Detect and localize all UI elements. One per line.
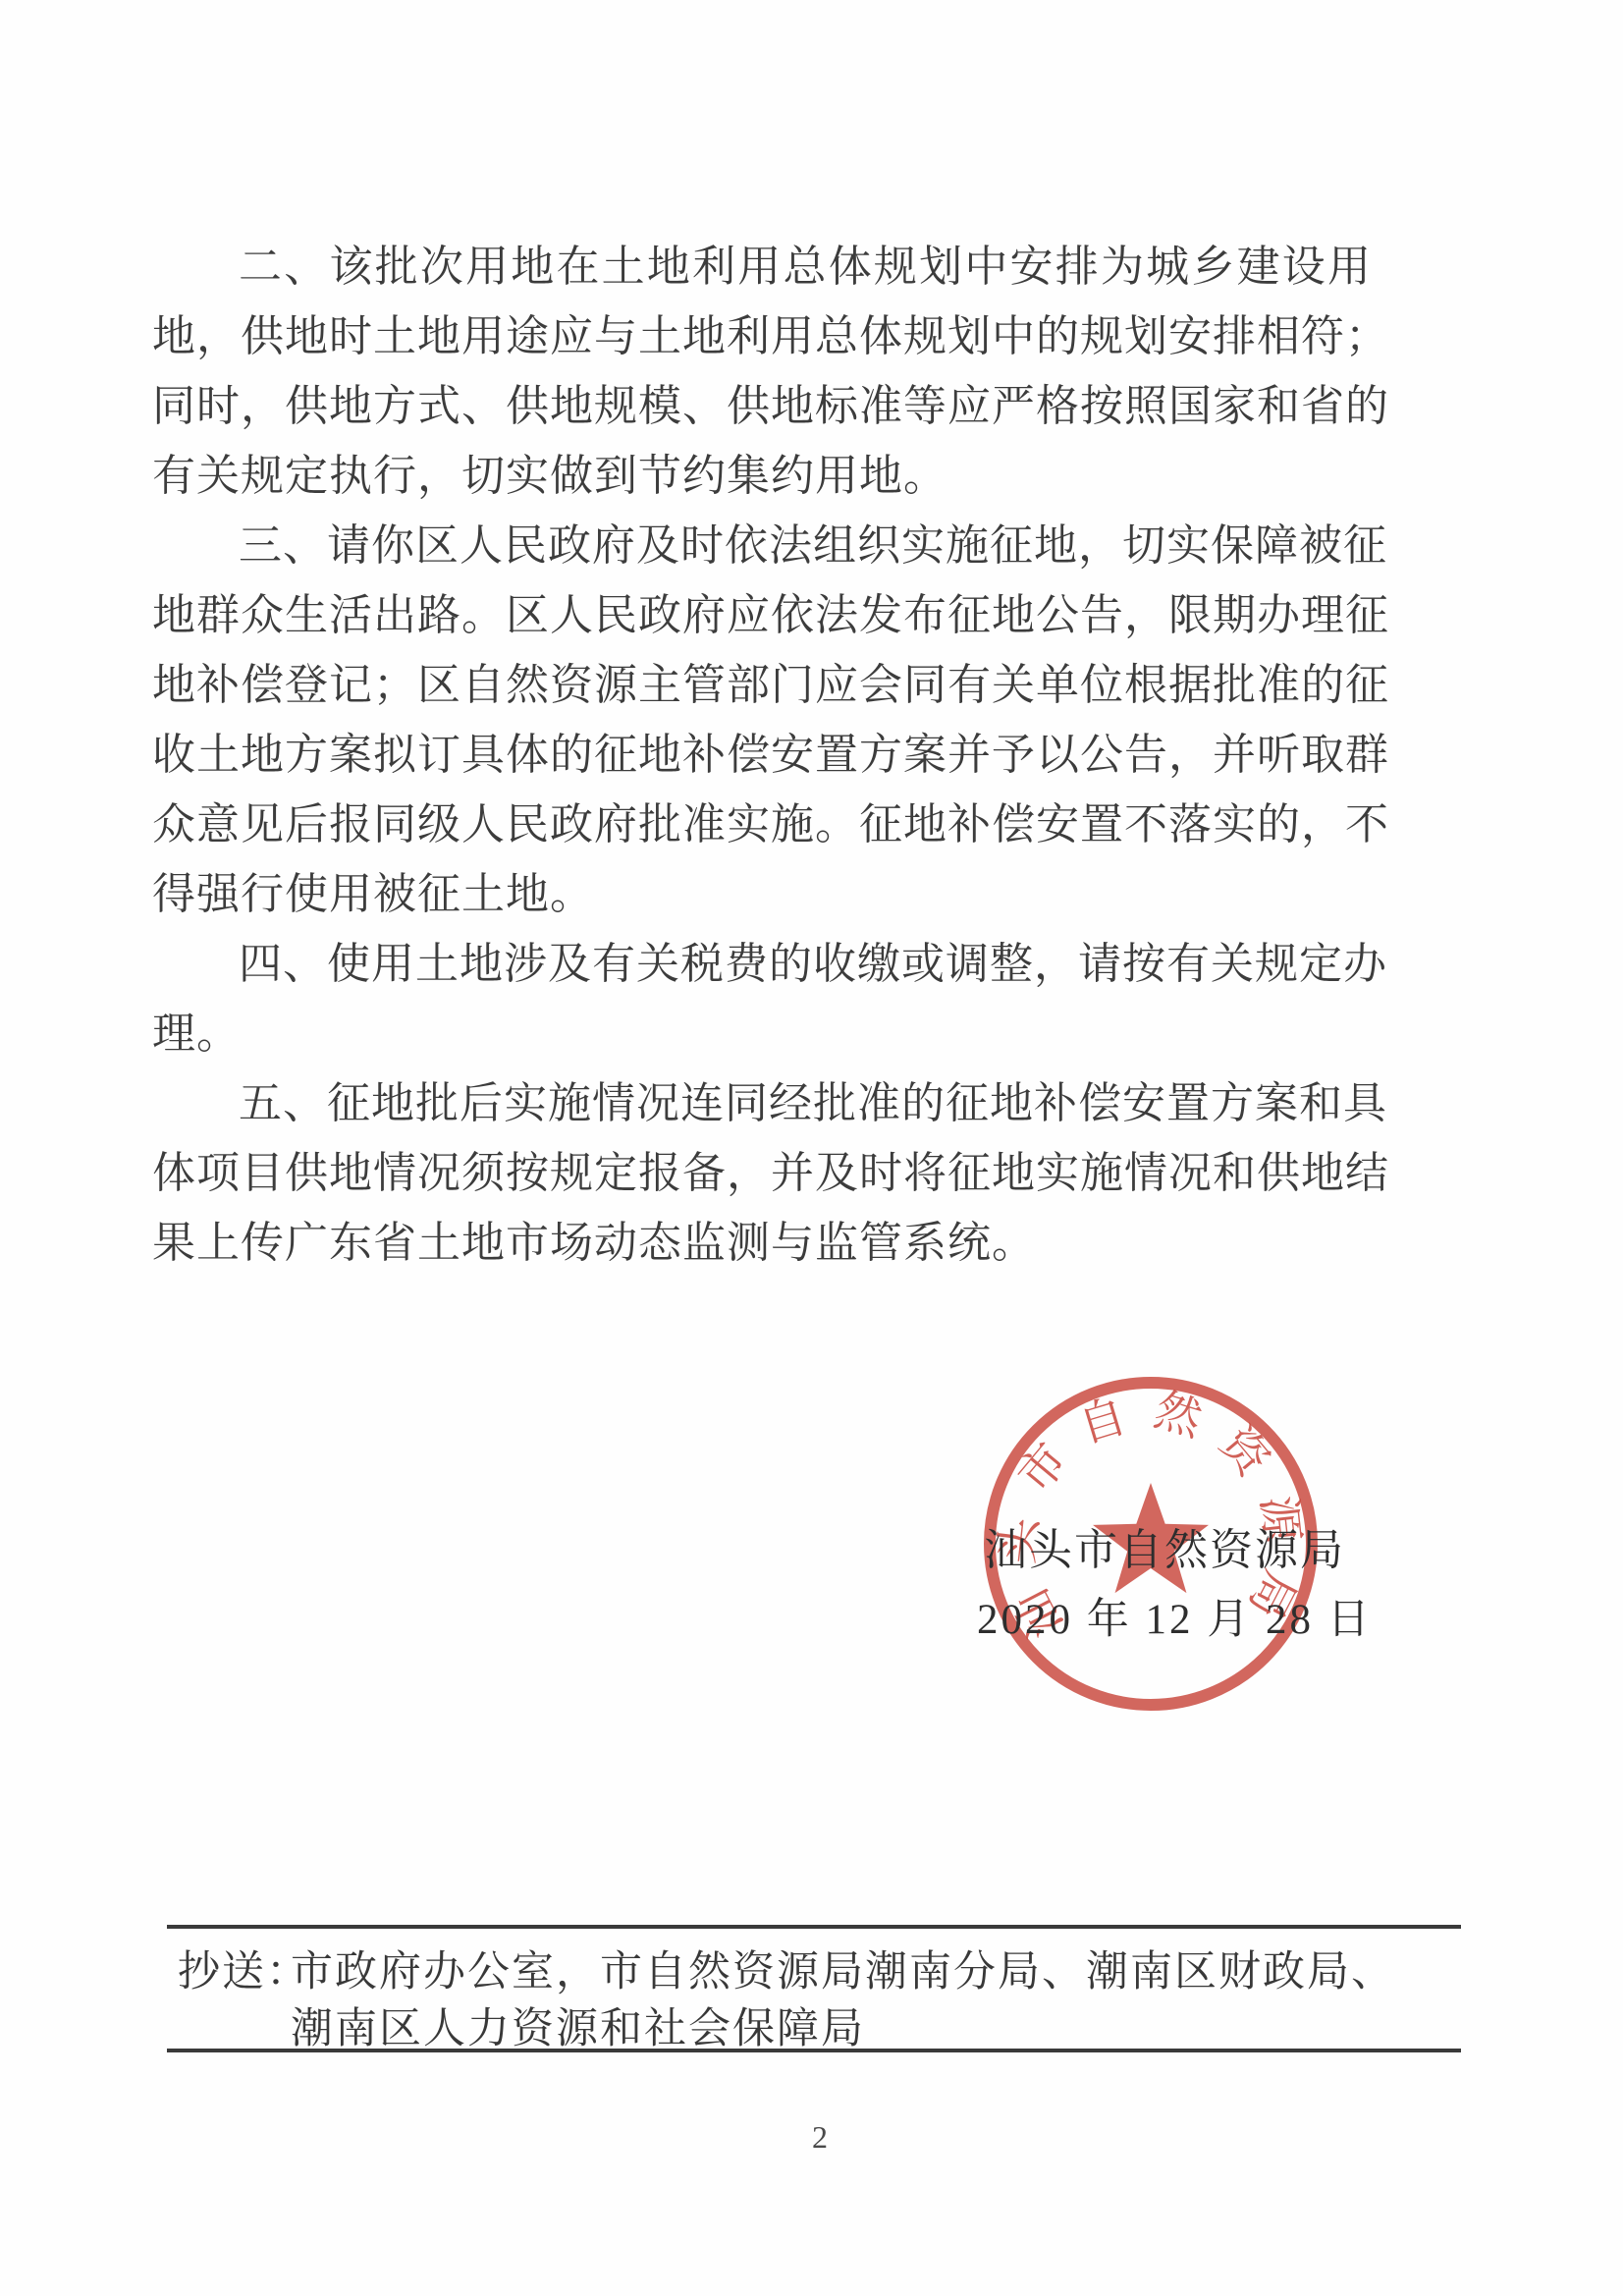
body-line: 体项目供地情况须按规定报备，并及时将征地实施情况和供地结 bbox=[152, 1138, 1372, 1208]
body-line: 有关规定执行，切实做到节约集约用地。 bbox=[152, 441, 1372, 511]
footer-cc-line1: 市政府办公室，市自然资源局潮南分局、潮南区财政局、 bbox=[291, 1939, 1395, 1998]
footer-divider-top bbox=[167, 1925, 1461, 1929]
page-number: 2 bbox=[776, 2119, 864, 2156]
body-line: 理。 bbox=[152, 999, 1372, 1068]
body-line: 众意见后报同级人民政府批准实施。征地补偿安置不落实的，不 bbox=[152, 790, 1372, 859]
body-line: 地，供地时土地用途应与土地利用总体规划中的规划安排相符； bbox=[152, 301, 1372, 371]
footer-cc-line2: 潮南区人力资源和社会保障局 bbox=[291, 1995, 865, 2055]
body-text: 二、该批次用地在土地利用总体规划中安排为城乡建设用 地，供地时土地用途应与土地利… bbox=[152, 232, 1372, 1278]
body-line: 二、该批次用地在土地利用总体规划中安排为城乡建设用 bbox=[152, 232, 1372, 301]
footer-divider-bottom bbox=[167, 2049, 1461, 2052]
body-line: 收土地方案拟订具体的征地补偿安置方案并予以公告，并听取群 bbox=[152, 720, 1372, 790]
body-line: 四、使用土地涉及有关税费的收缴或调整，请按有关规定办 bbox=[152, 929, 1372, 999]
body-line: 果上传广东省土地市场动态监测与监管系统。 bbox=[152, 1208, 1372, 1278]
body-line: 得强行使用被征土地。 bbox=[152, 859, 1372, 929]
signature-issuer: 汕头市自然资源局 bbox=[984, 1514, 1345, 1577]
signature-date: 2020 年 12 月 28 日 bbox=[977, 1586, 1373, 1646]
body-line: 五、征地批后实施情况连同经批准的征地补偿安置方案和具 bbox=[152, 1068, 1372, 1138]
document-page: 二、该批次用地在土地利用总体规划中安排为城乡建设用 地，供地时土地用途应与土地利… bbox=[0, 0, 1623, 2296]
body-line: 三、请你区人民政府及时依法组织实施征地，切实保障被征 bbox=[152, 511, 1372, 580]
body-line: 同时，供地方式、供地规模、供地标准等应严格按照国家和省的 bbox=[152, 371, 1372, 441]
body-line: 地补偿登记；区自然资源主管部门应会同有关单位根据批准的征 bbox=[152, 650, 1372, 720]
body-line: 地群众生活出路。区人民政府应依法发布征地公告，限期办理征 bbox=[152, 580, 1372, 650]
